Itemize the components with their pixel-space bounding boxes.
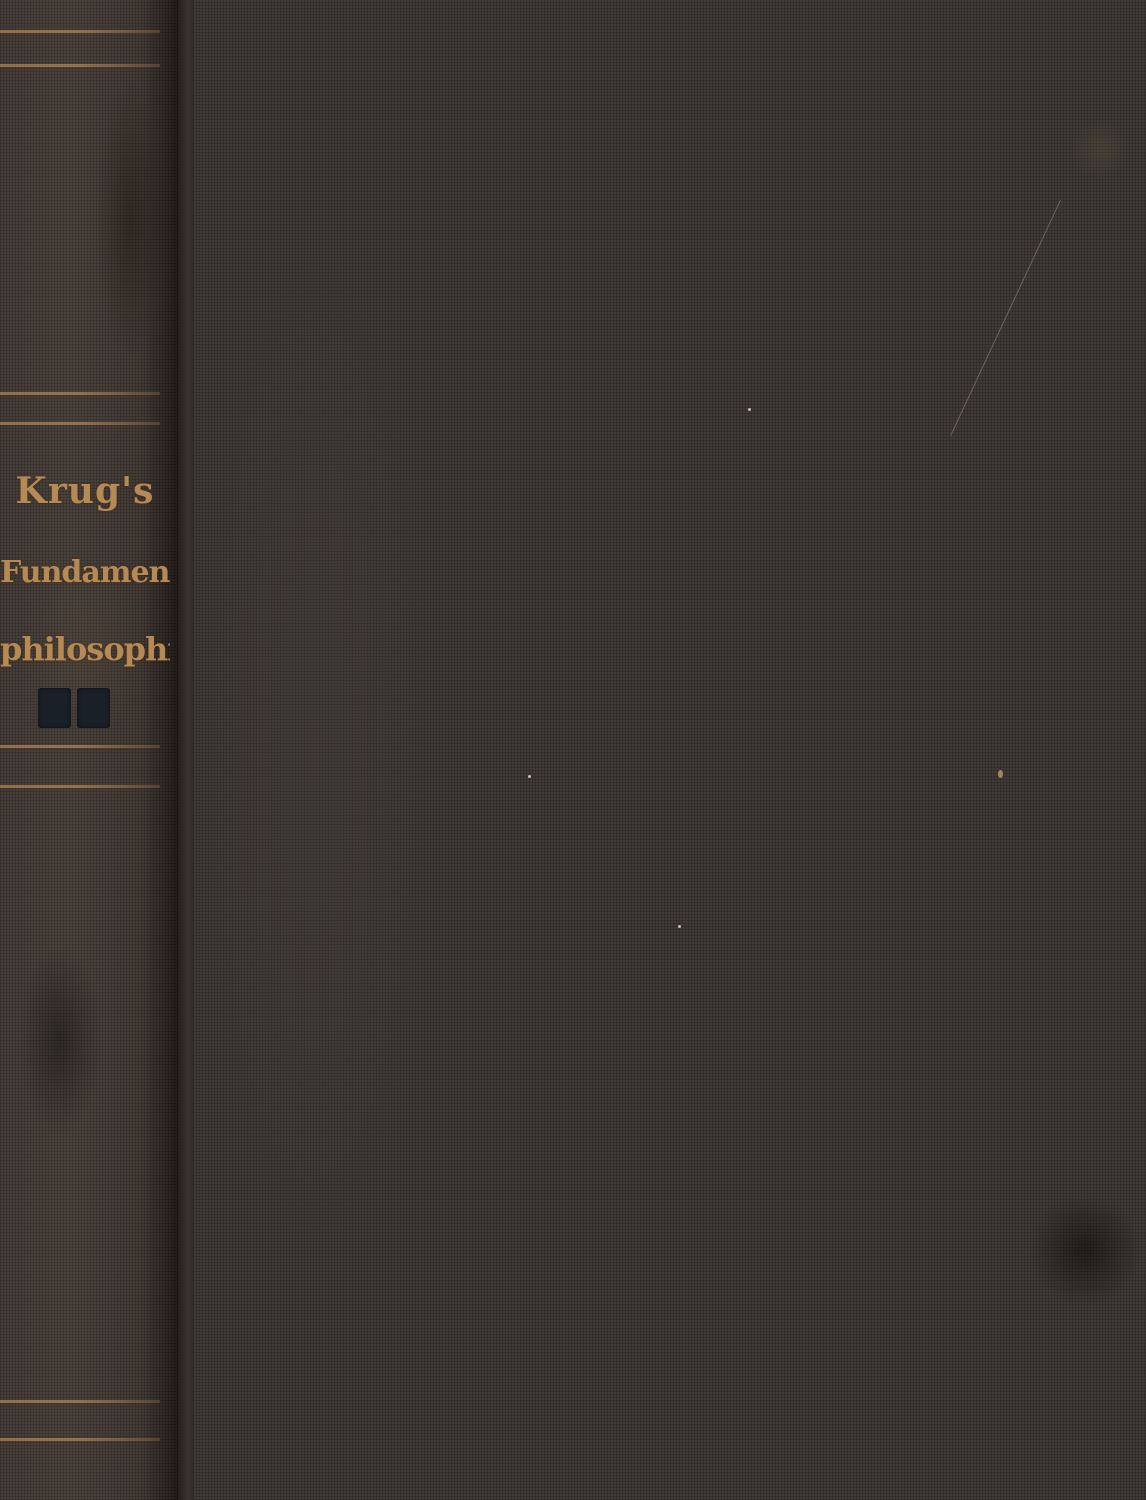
speck [678,925,681,928]
gilt-rule [0,745,160,748]
gilt-rule [0,1400,160,1403]
faded-band-left [190,200,440,1300]
volume-label [38,688,110,728]
gilt-rule [0,30,160,33]
spine-wear [0,0,178,1500]
speck [998,770,1003,778]
gilt-rule [0,422,160,425]
gilt-rule [0,785,160,788]
book-photo: Krug's Fundamental philosophie [0,0,1146,1500]
spine-title-line-3: philosophie [0,630,170,668]
gilt-rule [0,64,160,67]
speck [528,775,531,778]
dark-stain-bottom-right [1030,1190,1140,1310]
gilt-rule [0,392,160,395]
spine-title-line-2: Fundamental [0,555,170,590]
worn-spot-top-right [1070,120,1130,180]
spine-title-author: Krug's [0,470,170,512]
book-spine: Krug's Fundamental philosophie [0,0,178,1500]
speck [748,408,751,411]
gilt-rule [0,1438,160,1441]
front-cover [190,0,1146,1500]
